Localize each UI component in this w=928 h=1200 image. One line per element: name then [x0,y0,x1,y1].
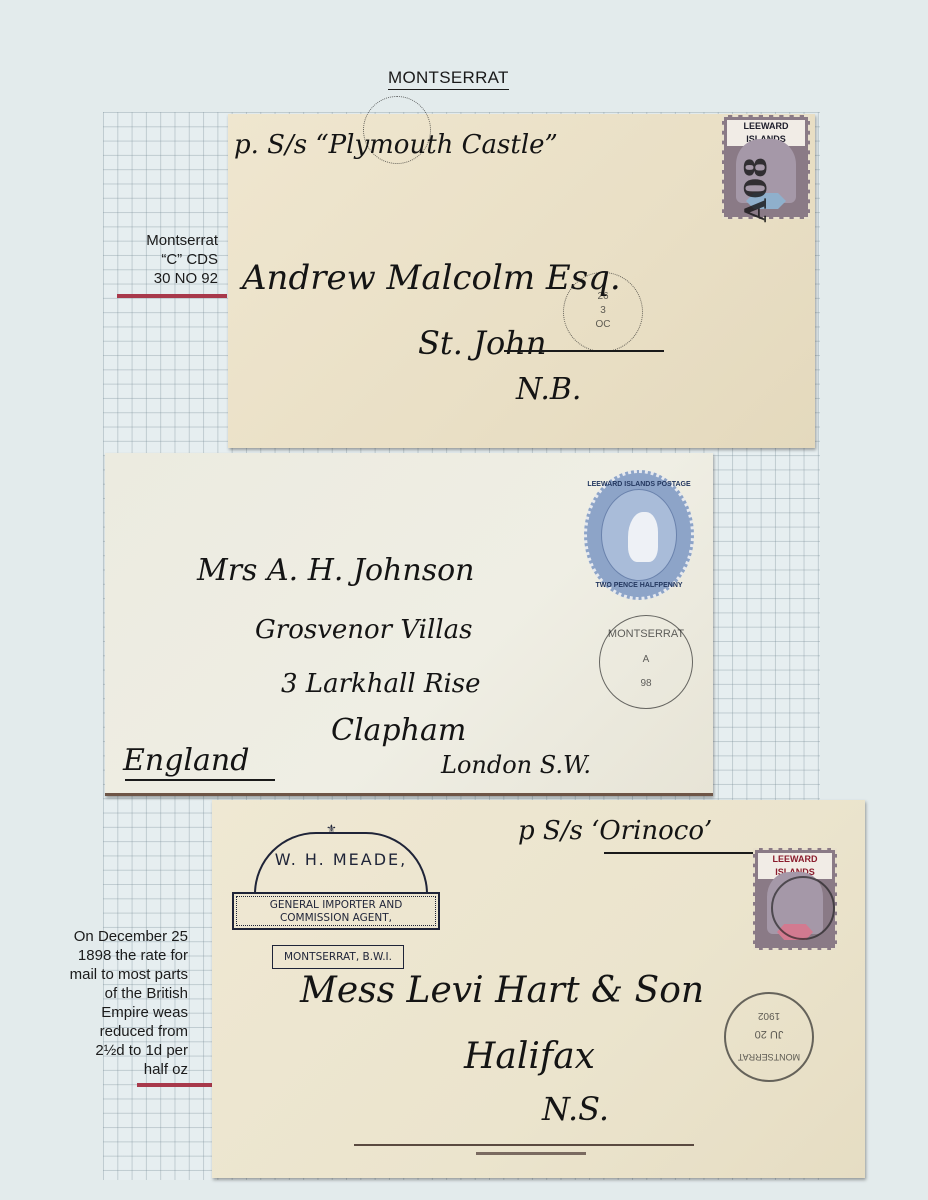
note-line: On December 25 [40,927,188,946]
note-line: “C” CDS [104,250,218,269]
postmark-line: A [600,654,692,665]
note-line: half oz [40,1060,188,1079]
address-line: London S.W. [441,751,591,779]
endorsement: p S/s ‘Orinoco’ [518,816,712,846]
postmark-town: MONTSERRAT [726,1052,812,1062]
postmark-line: 3 [564,305,642,316]
indicium-top-text: LEEWARD ISLANDS POSTAGE [587,481,691,488]
business-line: GENERAL IMPORTER AND [234,899,438,912]
address-line: N.B. [516,372,581,407]
country-line: England [123,743,249,778]
receiving-postmark: MONTSERRAT A 98 [599,615,693,709]
postmark-year: 1902 [726,1010,812,1021]
indicium-two-pence-halfpenny: LEEWARD ISLANDS POSTAGE TWO PENCE HALFPE… [584,470,694,600]
address-line: Halifax [464,1036,595,1077]
address-line: Mrs A. H. Johnson [197,553,474,588]
indicium-bottom-text: TWO PENCE HALFPENNY [587,582,691,589]
underline [504,350,664,352]
note-montserrat-cds: Montserrat “C” CDS 30 NO 92 [104,231,218,288]
flourish-line [354,1144,694,1146]
note-accent-bar [137,1083,213,1087]
letterhead-box: GENERAL IMPORTER AND COMMISSION AGENT, [232,892,440,930]
cancel-arc [771,876,835,940]
company-name: W. H. MEADE, [256,834,426,869]
postmark-date: JU 20 [726,1028,812,1040]
note-line: 1898 the rate for [40,946,188,965]
note-line: 2½d to 1d per [40,1041,188,1060]
address-line: Grosvenor Villas [255,615,472,645]
note-line: 30 NO 92 [104,269,218,288]
cover-plymouth-castle: p. S/s “Plymouth Castle” Andrew Malcolm … [228,114,815,448]
address-line: N.S. [542,1090,609,1128]
address-line: Clapham [331,713,466,748]
underline [125,779,275,781]
underline [604,852,754,854]
note-line: reduced from [40,1022,188,1041]
stamp-leeward-one-penny: LEEWARD ISLANDS [753,848,837,950]
letterhead-wh-meade: ⚜ W. H. MEADE, GENERAL IMPORTER AND COMM… [226,822,448,997]
note-line: of the British [40,984,188,1003]
postmark-date: 26 [564,291,642,302]
business-line: COMMISSION AGENT, [234,912,438,925]
obliterator-mark: A08 [739,157,774,222]
note-accent-bar [117,294,227,298]
note-rate-change: On December 25 1898 the rate for mail to… [40,927,188,1079]
note-line: Empire weas [40,1003,188,1022]
note-line: mail to most parts [40,965,188,984]
address-line: 3 Larkhall Rise [281,669,481,699]
receiving-postmark: 1902 JU 20 MONTSERRAT [724,992,814,1082]
postmark-line: OC [564,319,642,330]
postmark-town: MONTSERRAT [600,628,692,640]
address-line: St. John [418,324,546,362]
letterhead-arch: W. H. MEADE, [254,832,428,894]
cds-transit-mark [363,96,431,164]
receiving-postmark: 26 3 OC [563,272,643,352]
letterhead-place: MONTSERRAT, B.W.I. [272,945,404,969]
flourish-line [476,1152,586,1155]
page-title: MONTSERRAT [388,68,509,90]
postmark-line: 98 [600,678,692,689]
queen-profile-icon [628,512,658,562]
indicium-inner [601,489,677,581]
note-line: Montserrat [104,231,218,250]
